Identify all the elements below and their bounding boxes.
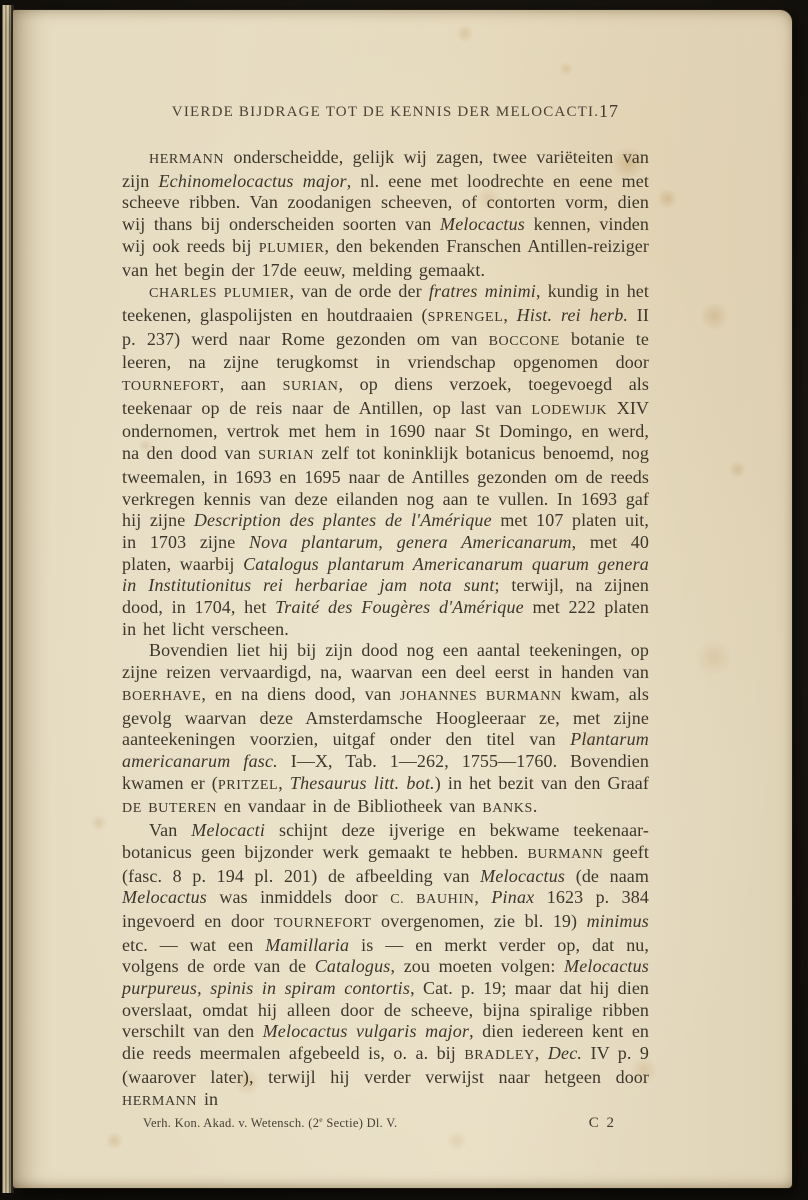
running-header: VIERDE BIJDRAGE TOT DE KENNIS DER MELOCA… — [122, 103, 649, 125]
text-segment: overgenomen, zie bl. 19) — [372, 911, 587, 931]
text-segment: was inmiddels door — [207, 887, 390, 907]
text-segment: BRADLEY — [464, 1047, 534, 1063]
paragraph-melocacti-burmann: Van Melocacti schijnt deze ijverige en b… — [122, 820, 649, 1112]
book-page: VIERDE BIJDRAGE TOT DE KENNIS DER MELOCA… — [13, 10, 792, 1188]
book-page-edges — [0, 5, 14, 1193]
book-scan: { "colors": { "paper": "#e8dec4", "ink":… — [0, 0, 808, 1200]
page-number: 17 — [599, 101, 619, 122]
running-header-title: VIERDE BIJDRAGE TOT DE KENNIS DER MELOCA… — [172, 104, 599, 121]
text-segment: C. BAUHIN — [390, 891, 474, 907]
text-segment: Melocactus — [440, 214, 525, 234]
text-segment: fratres minimi — [429, 281, 536, 301]
page-footer: Verh. Kon. Akad. v. Wetensch. (2e Sectie… — [143, 1115, 616, 1132]
text-segment: SURIAN — [283, 378, 339, 394]
text-segment: BOCCONE — [489, 333, 560, 349]
text-segment: , — [278, 773, 290, 793]
text-segment: Mamillaria — [265, 935, 349, 955]
text-segment: Melocactus — [480, 866, 565, 886]
text-segment: , zou moeten volgen: — [391, 956, 565, 976]
text-segment: PRITZEL — [218, 777, 278, 793]
footer-imprint: Verh. Kon. Akad. v. Wetensch. (2e Sectie… — [143, 1116, 397, 1131]
text-segment: TOURNEFORT — [274, 915, 372, 931]
text-segment: Melocactus — [122, 887, 207, 907]
text-segment: ) in het bezit van den Graaf — [435, 773, 649, 793]
text-segment: JOHANNES BURMANN — [400, 688, 562, 704]
text-segment: , van de orde der — [290, 281, 429, 301]
text-block: HERMANN onderscheidde, gelijk wij zagen,… — [122, 147, 649, 1112]
text-segment: Nova plantarum, genera Americanarum — [249, 532, 572, 552]
text-segment: BOERHAVE — [122, 688, 201, 704]
text-segment: , aan — [220, 374, 283, 394]
paragraph-hermann-varieties: HERMANN onderscheidde, gelijk wij zagen,… — [122, 147, 649, 281]
text-segment: minimus — [587, 911, 649, 931]
text-segment: en vandaar in de Bibliotheek van — [217, 796, 482, 816]
paragraph-charles-plumier: CHARLES PLUMIER, van de orde der fratres… — [122, 281, 649, 640]
text-segment: , en na diens dood, van — [201, 684, 400, 704]
text-segment: Van — [149, 820, 191, 840]
page-content: VIERDE BIJDRAGE TOT DE KENNIS DER MELOCA… — [13, 10, 792, 1188]
text-segment: Dec. — [548, 1043, 582, 1063]
text-segment: , — [474, 887, 491, 907]
text-segment: etc. — wat een — [122, 935, 265, 955]
text-segment: LODEWIJK — [531, 402, 607, 418]
text-segment: , — [535, 1043, 548, 1063]
text-segment: Catalogus — [315, 956, 391, 976]
paragraph-drawings-burmann: Bovendien liet hij bij zijn dood nog een… — [122, 640, 649, 820]
text-segment: (de naam — [565, 866, 649, 886]
text-segment: Bovendien liet hij bij zijn dood nog een… — [122, 640, 649, 682]
text-segment: HERMANN — [149, 151, 224, 167]
text-segment: Pinax — [491, 887, 534, 907]
text-segment: Hist. rei herb. — [517, 305, 628, 325]
text-segment: Thesaurus litt. bot. — [290, 773, 435, 793]
text-segment: SPRENGEL — [428, 309, 504, 325]
text-segment: BURMANN — [527, 846, 603, 862]
text-segment: in — [197, 1089, 218, 1109]
text-segment: CHARLES PLUMIER — [149, 285, 290, 301]
text-segment: . — [533, 796, 538, 816]
text-segment: HERMANN — [122, 1093, 197, 1109]
text-segment: Traité des Fougères d'Amérique — [275, 597, 524, 617]
text-segment: Description des plantes de l'Amérique — [194, 510, 492, 530]
text-segment: BANKS — [482, 800, 533, 816]
text-segment: Verh. Kon. Akad. v. Wetensch. (2 — [143, 1116, 319, 1130]
text-segment: PLUMIER — [259, 240, 325, 256]
text-segment: Echinomelocactus major — [158, 171, 346, 191]
signature-mark: C 2 — [589, 1115, 616, 1132]
text-segment: SURIAN — [258, 447, 314, 463]
text-segment: , — [503, 305, 516, 325]
text-segment: Sectie) Dl. V. — [323, 1116, 398, 1130]
text-segment: Melocactus vulgaris major — [263, 1021, 470, 1041]
text-segment: TOURNEFORT — [122, 378, 220, 394]
text-segment: DE BUTEREN — [122, 800, 217, 816]
text-segment: Melocacti — [191, 820, 265, 840]
